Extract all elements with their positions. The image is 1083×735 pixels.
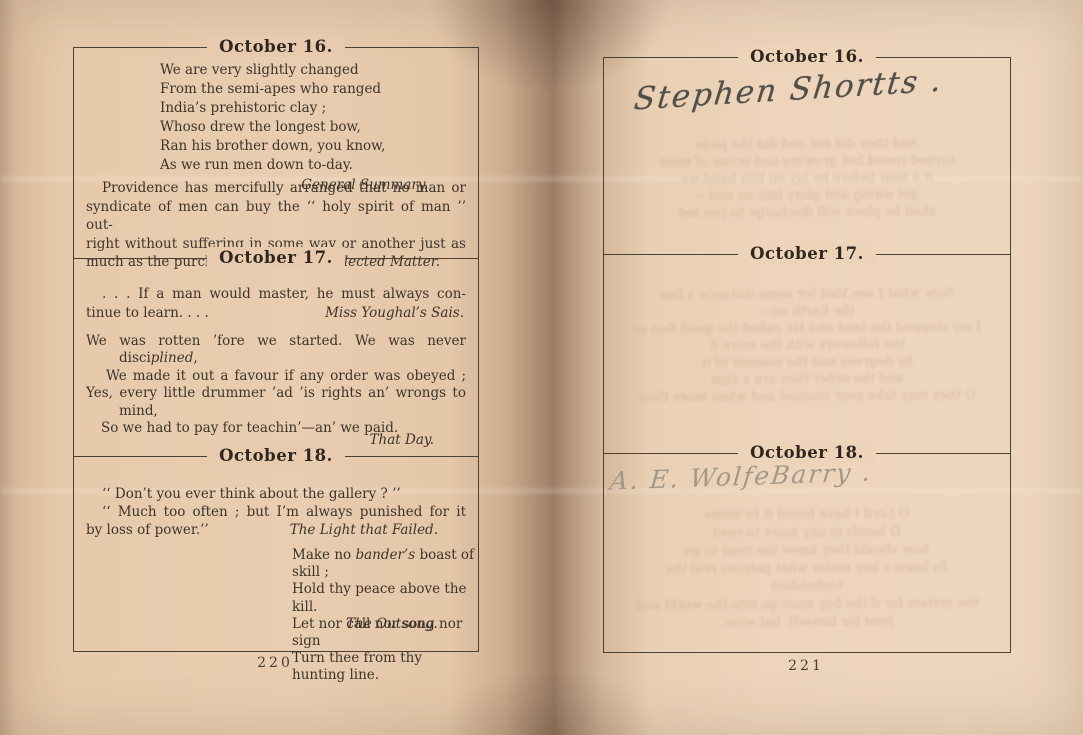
showthrough-line: To learn a boy under what patrons real t… [629,559,985,597]
date-heading-october-18: October 18. [207,445,345,466]
poem-line: India’s prehistoric clay ; [160,99,385,118]
showthrough-line: O they may take your counsel and when mo… [624,387,990,407]
verse-line: Yes, every little drummer ’ad ’is rights… [86,385,466,402]
page-number-220: 220 [73,655,477,671]
quote-attribution: The Light that Failed. [290,521,438,539]
poem-line-part: Make no [292,547,355,563]
pencil-signature-wolfe-barry: A. E. WolfeBarry . [609,457,874,495]
left-date-section-oct18: October 18. [73,456,479,457]
poem-line: From the semi-apes who ranged [160,80,385,99]
verse-line-italic-part: plined [151,350,194,366]
text-line: Providence has mercifully arranged that … [86,179,466,198]
showthrough-line: if a heat before he lay on this hand we [634,169,980,188]
showthrough-text-block: O Lord I have found it by name O hands i… [629,505,986,633]
text-line: by loss of power.’’ [86,521,209,539]
text-line: ‘‘ Much too often ; but I’m always punis… [86,503,466,521]
poem-general-summary: We are very slightly changed From the se… [160,61,385,175]
page-number-221: 221 [603,658,1009,674]
verse-that-day: We was rotten ’fore we started. We was n… [86,333,466,437]
quote-attribution: Miss Youghal’s Sais. [325,304,464,323]
poem-line: As we run men down to-day. [160,156,385,175]
showthrough-line: fend for himself, but wise. [629,613,985,633]
ink-signature-stephen-shortts: Stephen Shortts . [632,62,945,117]
showthrough-line: Now what I see Vast for some distance a … [624,285,990,305]
poem-line: Whoso drew the longest bow, [160,118,385,137]
verse-attribution: That Day. [370,431,434,450]
text-line: . . . If a man would master, he must alw… [86,285,466,304]
poem-line-italic-part: bander’s [355,547,415,563]
text-line: tinue to learn. . . . [86,304,209,323]
quote-miss-youghals-sais: . . . If a man would master, he must alw… [86,285,466,323]
poem-line: Make no bander’s boast of skill ; [292,547,478,581]
right-page-border-box: October 16. Stephen Shortts . And they d… [603,57,1011,653]
showthrough-line: I my stopped the land and He called the … [624,319,990,339]
text-line: syndicate of men can buy the ‘‘ holy spi… [86,198,466,235]
verse-line-part: disci [119,350,151,366]
showthrough-line: shall he place will discharge to you fed [634,203,980,222]
right-date-section-oct17: October 17. [603,254,1011,255]
open-book-photo: October 16. We are very slightly changed… [0,0,1083,735]
verse-line-part: , [193,350,197,366]
verse-line: We was rotten ’fore we started. We was n… [86,333,466,350]
right-date-section-oct16: October 16. [604,46,1010,67]
date-heading-october-17: October 17. [207,247,345,268]
verse-line: disciplined, [119,350,466,367]
poem-attribution: The Outsong. [346,615,438,634]
verse-line: We made it out a favour if any order was… [106,368,466,385]
text-line: ‘‘ Don’t you ever think about the galler… [86,485,466,503]
showthrough-line: the system for if the boy must go into t… [629,595,985,615]
poem-line: We are very slightly changed [160,61,385,80]
poem-line: Ran his brother down, you know, [160,137,385,156]
verse-line: mind, [119,403,466,420]
poem-line: Hold thy peace above the kill. [292,581,478,615]
left-date-section-oct16: October 16. [74,36,478,57]
showthrough-text-block: And they did eat and did the page turned… [634,135,981,222]
date-heading-october-16: October 16. [207,36,345,57]
date-heading-october-17: October 17. [738,243,876,264]
dialogue-light-that-failed: ‘‘ Don’t you ever think about the galler… [86,485,466,539]
left-date-section-oct17: October 17. [73,258,479,259]
date-heading-october-16: October 16. [738,46,876,67]
right-date-section-oct18: October 18. [603,453,1011,454]
showthrough-text-block: Now what I see Vast for some distance a … [624,285,991,407]
left-page-border-box: October 16. We are very slightly changed… [73,47,479,652]
